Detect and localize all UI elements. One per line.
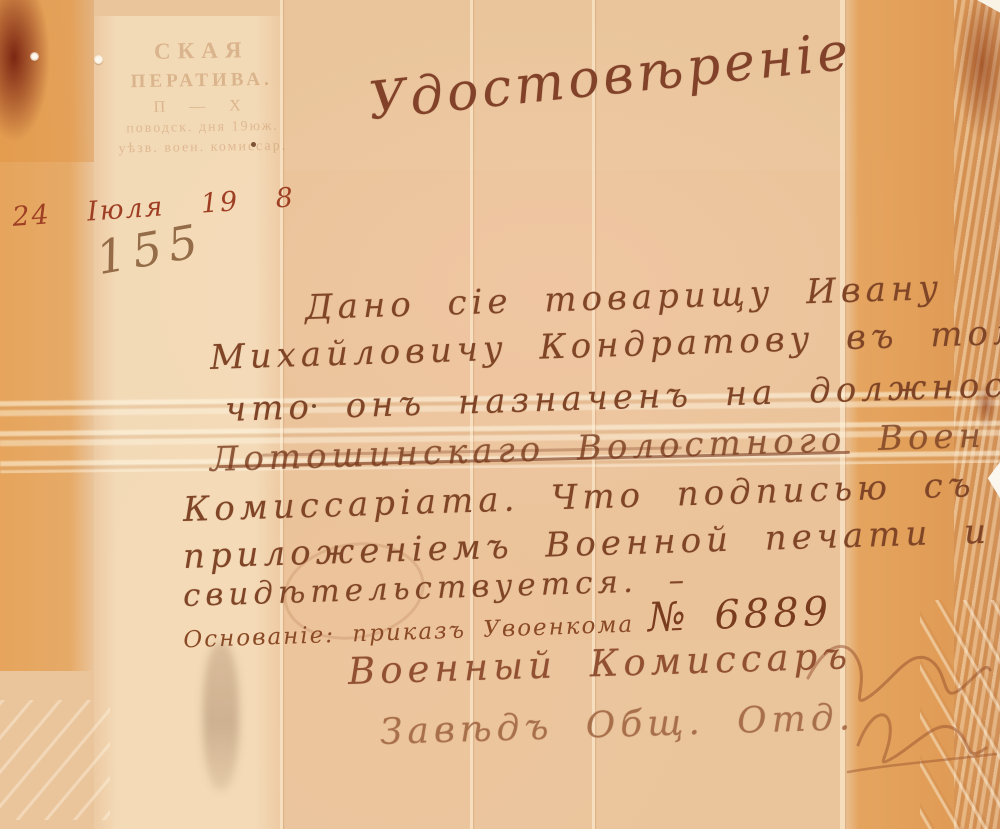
signature-title-dept-head: Завѣдъ Общ. Отд. <box>379 697 855 753</box>
ink-stain-top-left-corner <box>0 0 50 142</box>
stain-top-right-edge <box>956 0 1000 140</box>
letterhead-line: СКАЯ <box>67 32 336 70</box>
vertical-smudge-stain <box>203 642 239 790</box>
letterhead-line: уѣзв. воен. комиссар. <box>69 136 337 161</box>
signature-flourish <box>848 690 998 790</box>
crease-bottom-left <box>0 700 110 820</box>
letterhead-stamp: СКАЯ ПЕРАТИВА. П — Х поводск. дня 19юж. … <box>67 32 337 161</box>
paper-hole-speck <box>30 52 39 61</box>
scanned-certificate-document: СКАЯ ПЕРАТИВА. П — Х поводск. дня 19юж. … <box>0 0 1000 829</box>
document-title: Удостовѣреніе <box>366 22 855 132</box>
